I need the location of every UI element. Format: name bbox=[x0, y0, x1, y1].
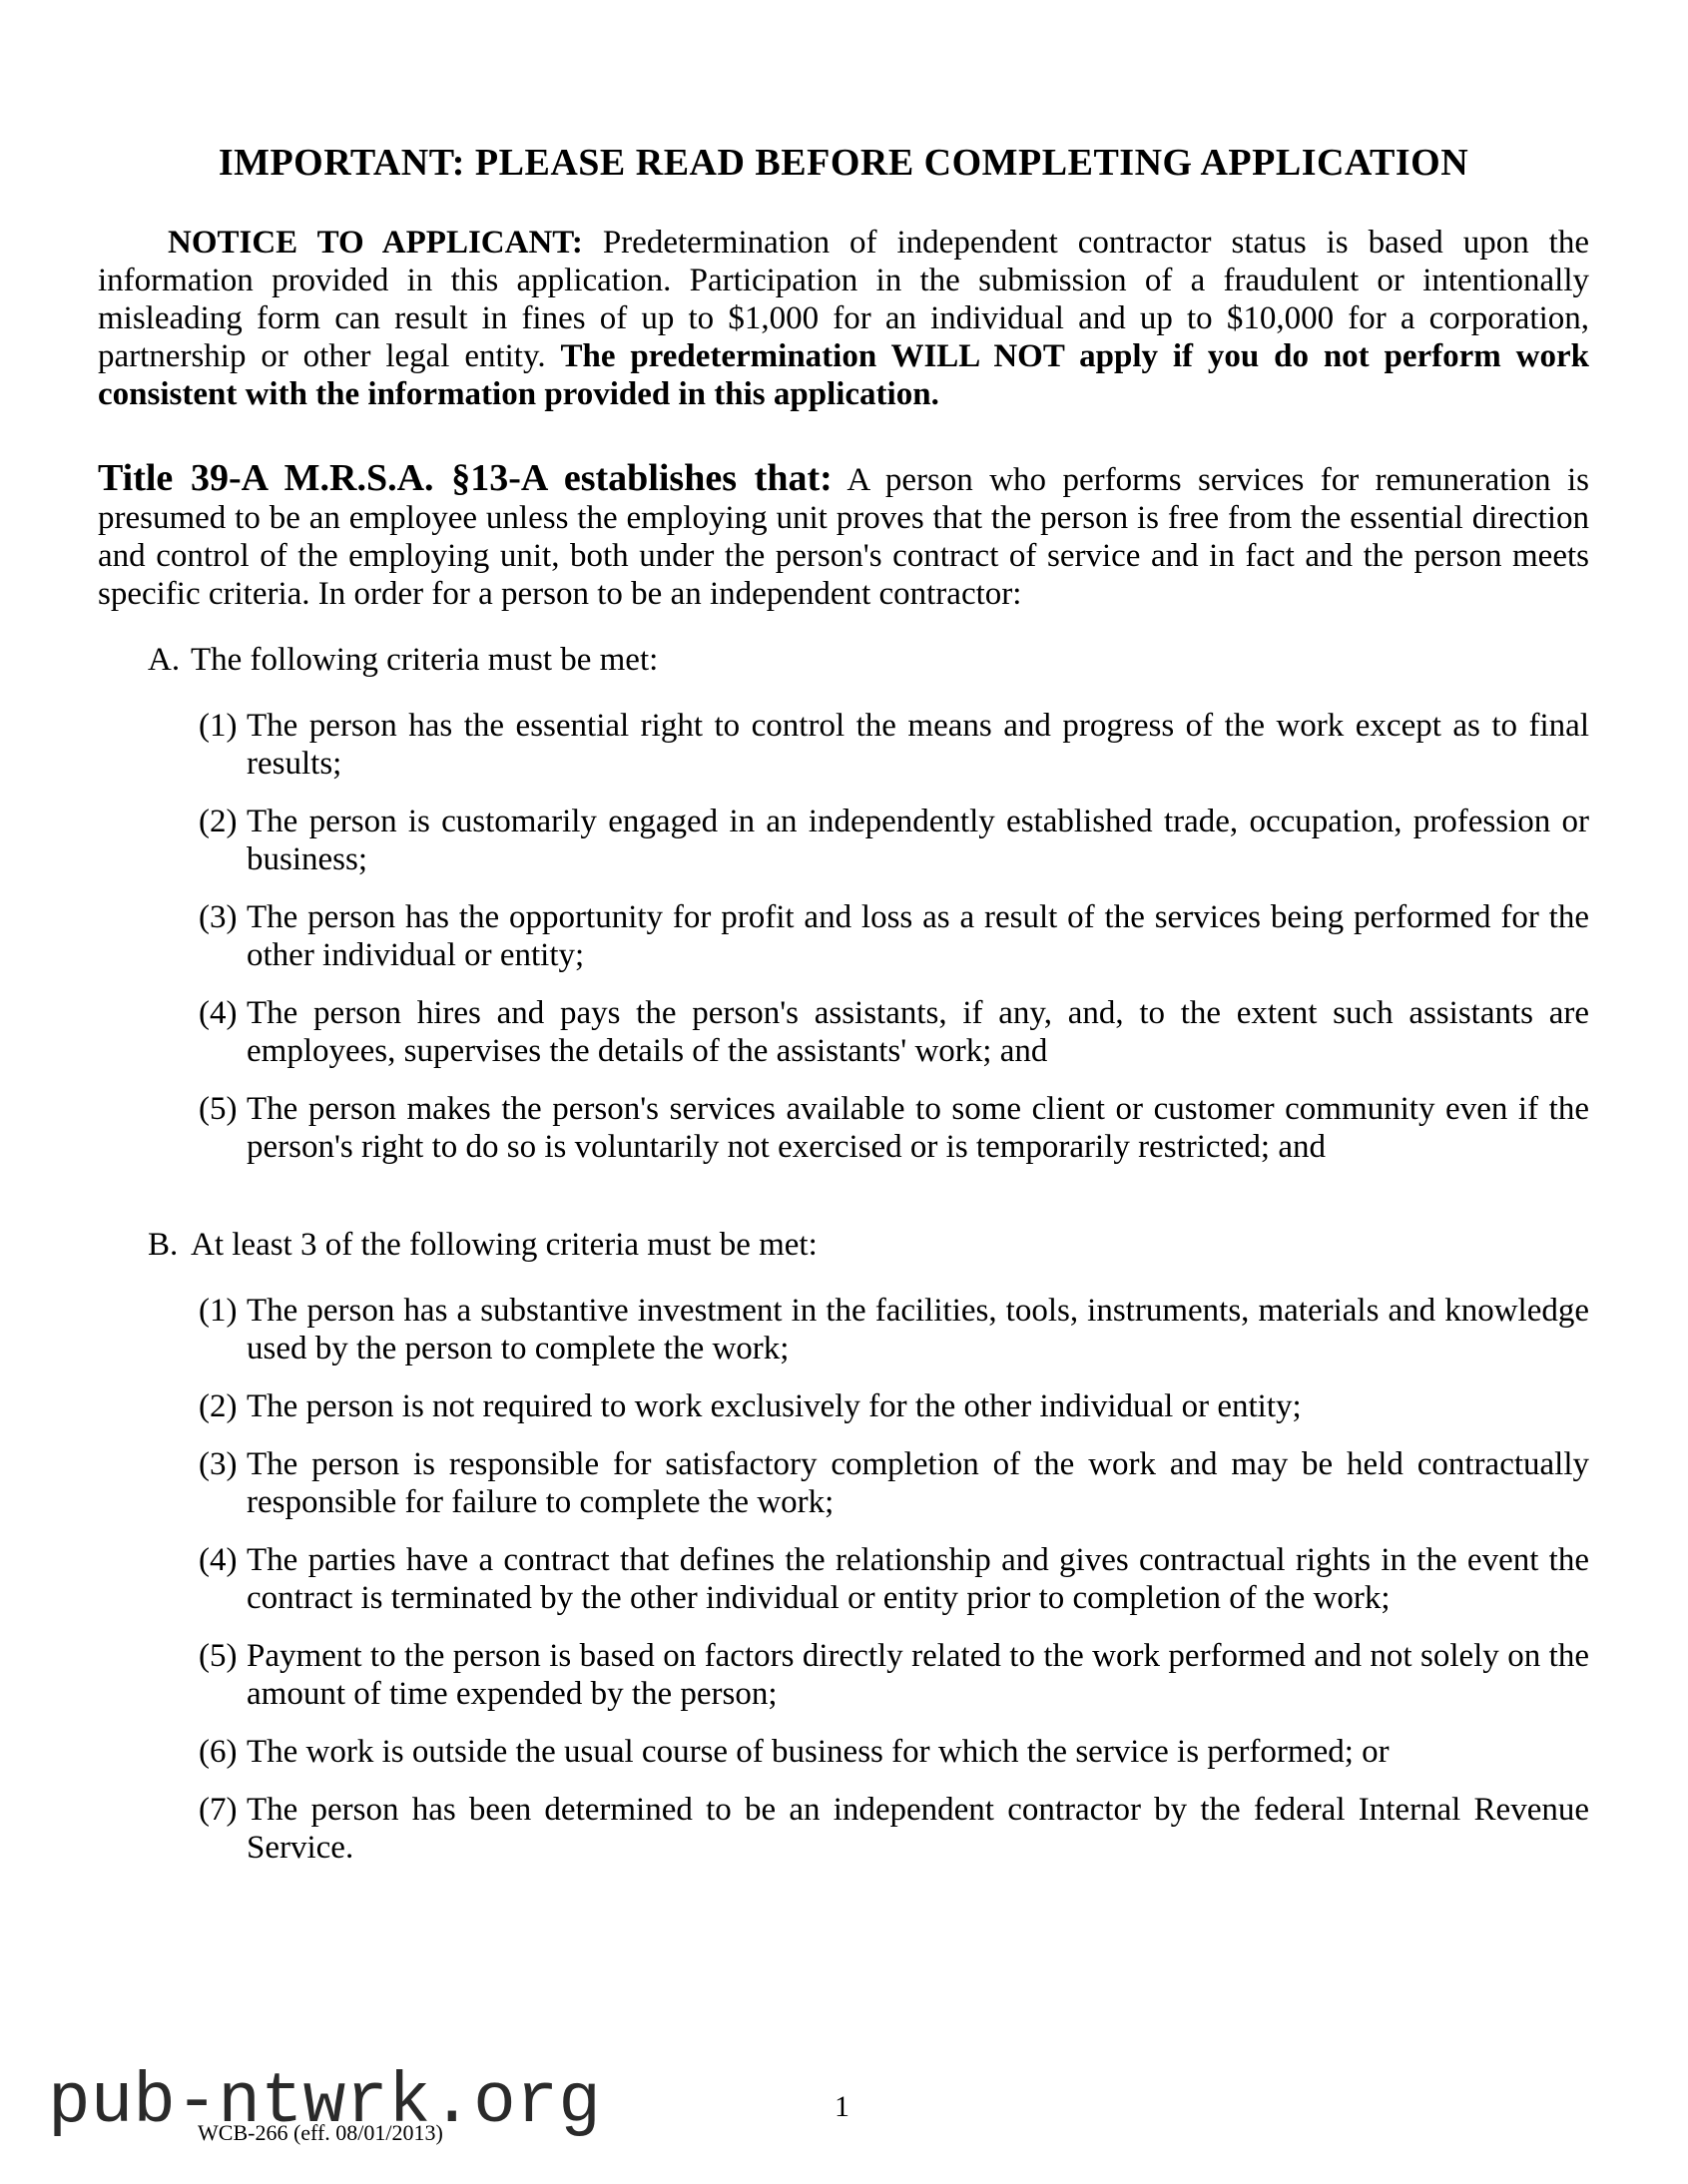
item-text: The person has been determined to be an … bbox=[247, 1792, 1589, 1866]
item-text: The person makes the person's services a… bbox=[247, 1091, 1589, 1165]
item-number: (5) bbox=[199, 1090, 237, 1128]
section-b-heading-text: At least 3 of the following criteria mus… bbox=[191, 1227, 818, 1263]
item-text: The person is responsible for satisfacto… bbox=[247, 1446, 1589, 1520]
item-number: (2) bbox=[199, 803, 237, 840]
list-item: (5) The person makes the person's servic… bbox=[98, 1090, 1589, 1166]
section-b: B. At least 3 of the following criteria … bbox=[98, 1226, 1589, 1867]
item-number: (7) bbox=[199, 1791, 237, 1829]
notice-paragraph: NOTICE TO APPLICANT: Predetermination of… bbox=[98, 224, 1589, 413]
section-a: A. The following criteria must be met: (… bbox=[98, 641, 1589, 1166]
item-number: (5) bbox=[199, 1637, 237, 1675]
section-a-items: (1) The person has the essential right t… bbox=[98, 707, 1589, 1166]
section-b-label: B. bbox=[148, 1226, 178, 1264]
list-item: (3) The person is responsible for satisf… bbox=[98, 1445, 1589, 1521]
section-a-label: A. bbox=[148, 641, 180, 679]
notice-lead: NOTICE TO APPLICANT: bbox=[168, 225, 583, 261]
section-a-heading: A. The following criteria must be met: bbox=[98, 641, 1589, 679]
document-content: IMPORTANT: PLEASE READ BEFORE COMPLETING… bbox=[98, 140, 1589, 1867]
item-text: The person hires and pays the person's a… bbox=[247, 995, 1589, 1069]
section-b-items: (1) The person has a substantive investm… bbox=[98, 1292, 1589, 1867]
item-number: (4) bbox=[199, 1541, 237, 1579]
list-item: (6) The work is outside the usual course… bbox=[98, 1733, 1589, 1771]
list-item: (5) Payment to the person is based on fa… bbox=[98, 1637, 1589, 1713]
list-item: (3) The person has the opportunity for p… bbox=[98, 898, 1589, 974]
statute-lead: Title 39-A M.R.S.A. §13-A establishes th… bbox=[98, 457, 833, 499]
section-a-heading-text: The following criteria must be met: bbox=[191, 642, 658, 678]
item-number: (1) bbox=[199, 1292, 237, 1330]
list-item: (4) The person hires and pays the person… bbox=[98, 994, 1589, 1070]
item-number: (1) bbox=[199, 707, 237, 745]
list-item: (2) The person is customarily engaged in… bbox=[98, 803, 1589, 878]
item-text: The person has the opportunity for profi… bbox=[247, 899, 1589, 973]
item-text: The person is not required to work exclu… bbox=[247, 1388, 1302, 1424]
page-title: IMPORTANT: PLEASE READ BEFORE COMPLETING… bbox=[98, 140, 1589, 186]
item-number: (3) bbox=[199, 898, 237, 936]
form-number: WCB-266 (eff. 08/01/2013) bbox=[198, 2120, 443, 2146]
item-text: The work is outside the usual course of … bbox=[247, 1734, 1390, 1770]
list-item: (7) The person has been determined to be… bbox=[98, 1791, 1589, 1867]
page-number: 1 bbox=[835, 2090, 849, 2124]
list-item: (2) The person is not required to work e… bbox=[98, 1387, 1589, 1425]
list-item: (1) The person has a substantive investm… bbox=[98, 1292, 1589, 1367]
item-text: The person has the essential right to co… bbox=[247, 708, 1589, 782]
item-number: (2) bbox=[199, 1387, 237, 1425]
section-b-heading: B. At least 3 of the following criteria … bbox=[98, 1226, 1589, 1264]
item-text: The person is customarily engaged in an … bbox=[247, 804, 1589, 877]
list-item: (1) The person has the essential right t… bbox=[98, 707, 1589, 783]
item-text: The parties have a contract that defines… bbox=[247, 1542, 1589, 1616]
item-text: The person has a substantive investment … bbox=[247, 1293, 1589, 1366]
document-page: IMPORTANT: PLEASE READ BEFORE COMPLETING… bbox=[0, 0, 1688, 2184]
item-number: (4) bbox=[199, 994, 237, 1032]
item-number: (6) bbox=[199, 1733, 237, 1771]
statute-paragraph: Title 39-A M.R.S.A. §13-A establishes th… bbox=[98, 459, 1589, 613]
list-item: (4) The parties have a contract that def… bbox=[98, 1541, 1589, 1617]
item-text: Payment to the person is based on factor… bbox=[247, 1638, 1589, 1712]
item-number: (3) bbox=[199, 1445, 237, 1483]
